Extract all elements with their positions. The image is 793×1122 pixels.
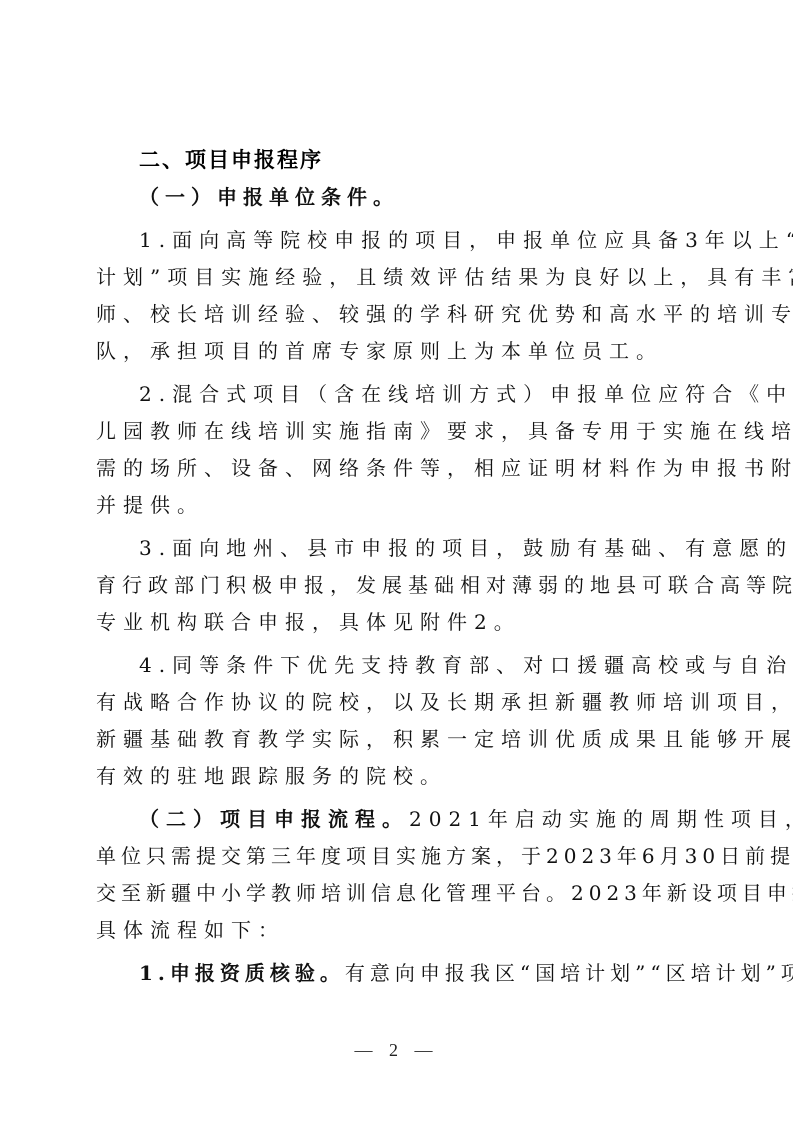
text-line: 育行政部门积极申报，发展基础相对薄弱的地县可联合高等院校、 — [96, 567, 793, 604]
text-line: 新疆基础教育教学实际，积累一定培训优质成果且能够开展扎实 — [96, 721, 793, 758]
text-line: 交至新疆中小学教师培训信息化管理平台。2023年新设项目申报 — [96, 875, 793, 912]
text-line: 需的场所、设备、网络条件等，相应证明材料作为申报书附件一 — [96, 450, 793, 487]
text-line: 1.面向高等院校申报的项目，申报单位应具备3年以上“国培 — [139, 222, 793, 259]
text-line: 具体流程如下： — [96, 912, 285, 949]
section-heading: 二、项目申报程序 — [139, 142, 323, 179]
text-line: 计划”项目实施经验，且绩效评估结果为良好以上，具有丰富的教 — [96, 259, 793, 296]
text-line: 师、校长培训经验、较强的学科研究优势和高水平的培训专家团 — [96, 296, 793, 333]
subsection-2-first-line: （二）项目申报流程。2021年启动实施的周期性项目，承训 — [139, 801, 793, 838]
text-line: 有战略合作协议的院校，以及长期承担新疆教师培训项目，熟悉 — [96, 684, 793, 721]
step-1-text: 有意向申报我区“国培计划”“区培计划”项目 — [345, 961, 793, 985]
text-line: 4.同等条件下优先支持教育部、对口援疆高校或与自治区签署 — [139, 647, 793, 684]
text-line: 专业机构联合申报，具体见附件2。 — [96, 604, 521, 641]
step-1: 1.申报资质核验。有意向申报我区“国培计划”“区培计划”项目 — [139, 955, 793, 992]
text-line: 有效的驻地跟踪服务的院校。 — [96, 758, 447, 795]
subsection-2-title: （二）项目申报流程。 — [139, 807, 409, 831]
text-line: 队，承担项目的首席专家原则上为本单位员工。 — [96, 333, 663, 370]
text-line: 儿园教师在线培训实施指南》要求，具备专用于实施在线培训所 — [96, 413, 793, 450]
text-line: 2.混合式项目（含在线培训方式）申报单位应符合《中小学幼 — [139, 376, 793, 413]
step-1-title: 1.申报资质核验。 — [139, 961, 345, 985]
subsection-1-title: （一）申报单位条件。 — [139, 179, 399, 216]
page-number: — 2 — — [0, 1040, 793, 1061]
text-line: 3.面向地州、县市申报的项目，鼓励有基础、有意愿的地县教 — [139, 530, 793, 567]
text-span: 2021年启动实施的周期性项目，承训 — [409, 807, 793, 831]
text-line: 并提供。 — [96, 487, 204, 524]
text-line: 单位只需提交第三年度项目实施方案，于2023年6月30日前提 — [96, 838, 793, 875]
